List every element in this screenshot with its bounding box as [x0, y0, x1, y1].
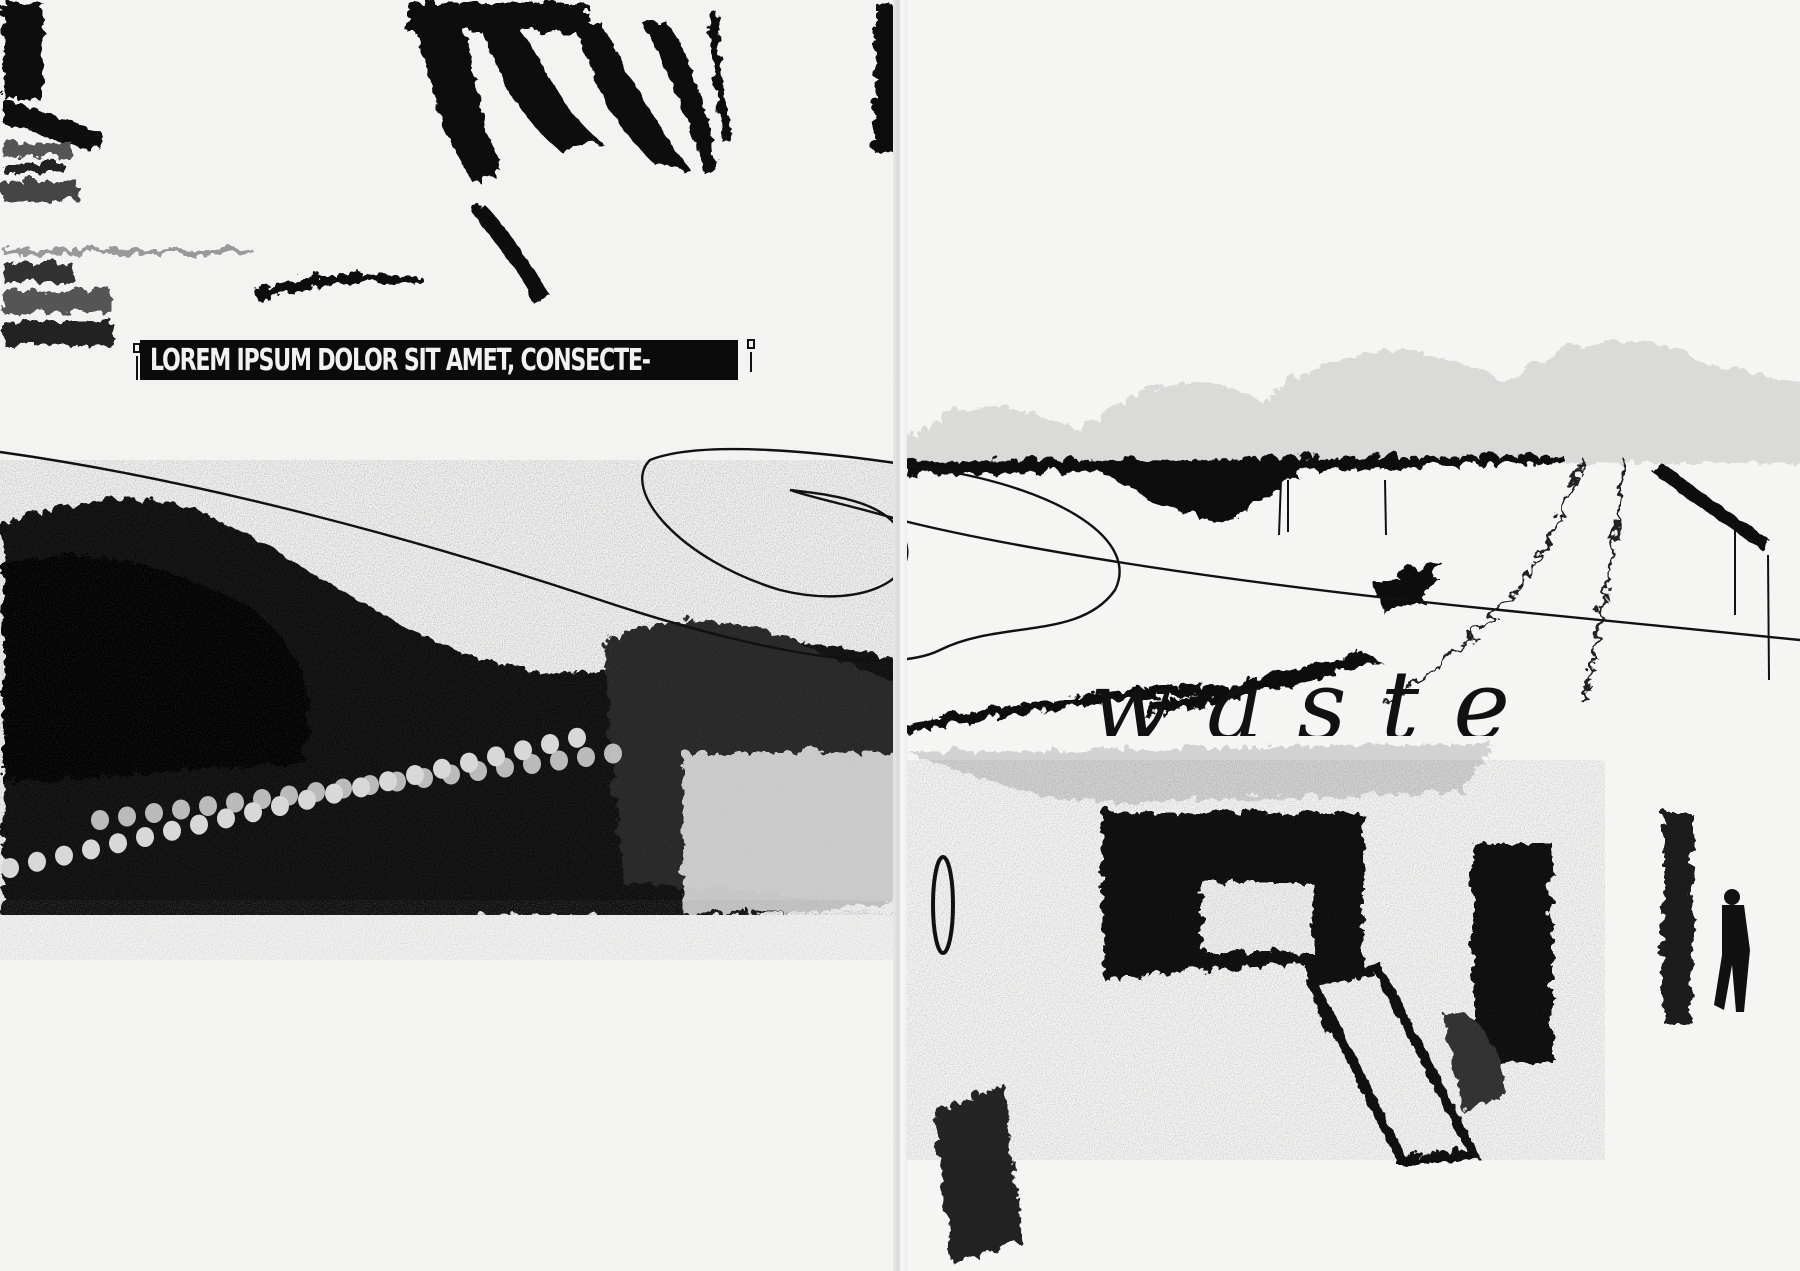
fence-posts	[1279, 480, 1769, 680]
headline-banner: LOREM IPSUM DOLOR SIT AMET, CONSECTE-	[140, 340, 738, 380]
standing-figure	[1714, 889, 1750, 1012]
left-glitch-bars	[0, 140, 250, 342]
magazine-spread: LOREM IPSUM DOLOR SIT AMET, CONSECTE- wa…	[0, 0, 1800, 1271]
title-word-text: waste	[1090, 660, 1544, 736]
headline-text: LOREM IPSUM DOLOR SIT AMET, CONSECTE-	[150, 343, 650, 378]
spine-gutter	[893, 0, 907, 1271]
mountains	[902, 338, 1800, 460]
title-word: waste	[1090, 660, 1544, 736]
left-top-strokes	[0, 0, 896, 300]
